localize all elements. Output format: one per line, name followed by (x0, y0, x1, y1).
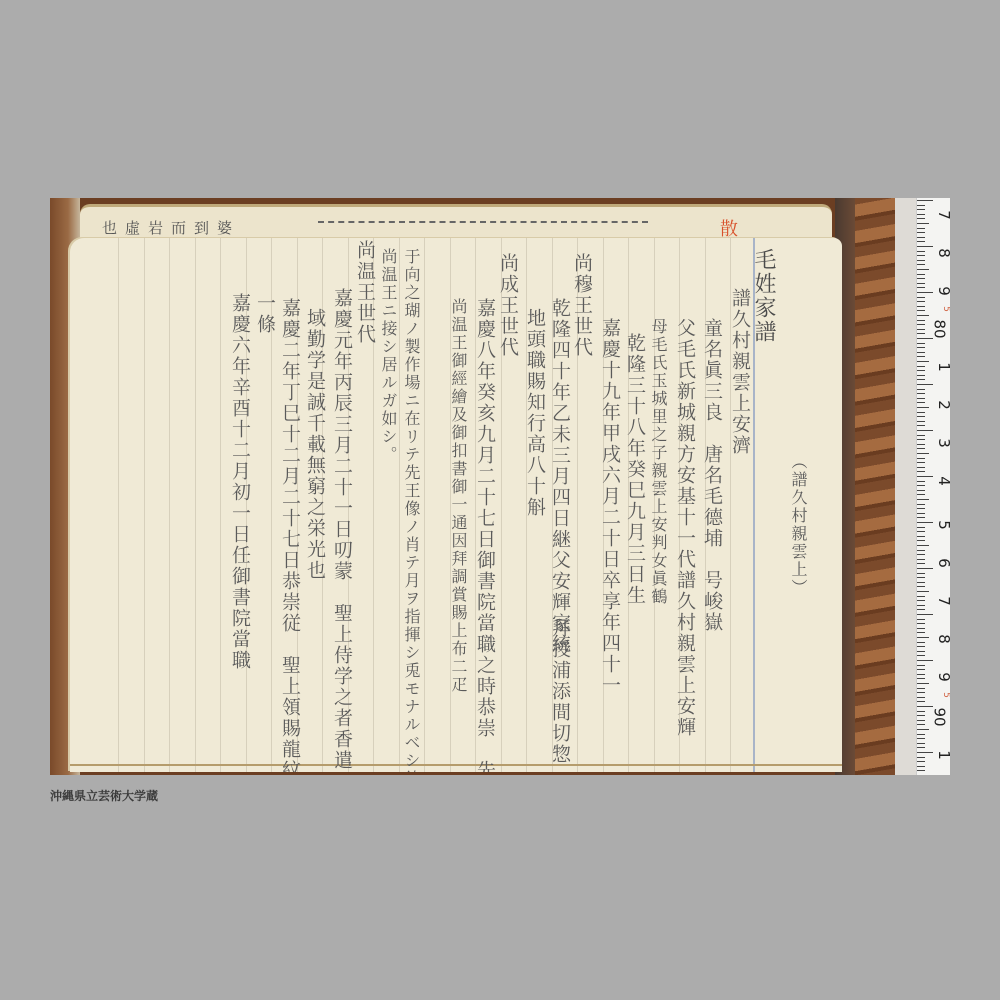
ruler-tick (917, 255, 925, 256)
manuscript-column: 拜授浦添間切惣 (550, 618, 569, 765)
ruler-tick (917, 513, 925, 514)
ruler-tick (917, 251, 925, 252)
ruler-tick (917, 770, 925, 771)
page-bottom-line (70, 764, 842, 766)
manuscript-column: 尚穆王世代 (572, 253, 591, 358)
ruler-tick (917, 310, 925, 311)
ruler-tick (917, 729, 929, 730)
ruler-tick (917, 761, 925, 762)
ruler-tick (917, 333, 925, 334)
ruler-tick (917, 646, 925, 647)
back-page-dashes (318, 221, 648, 223)
ruler-tick (917, 218, 925, 219)
ruler-tick (917, 591, 929, 592)
ruler-tick (917, 228, 925, 229)
ruler-tick (917, 678, 925, 679)
ruler-tick (917, 522, 933, 523)
ruler-tick (917, 260, 925, 261)
ruler-tick (917, 766, 925, 767)
ruler-tick (917, 619, 925, 620)
ruler-tick (917, 582, 925, 583)
ruled-line (144, 238, 145, 772)
ruler-label: 5 (935, 520, 950, 530)
manuscript-column: 嘉慶六年辛酉十二月初一日任御書院當職 (230, 293, 249, 671)
ruler-tick (917, 490, 925, 491)
ruler-label: 4 (935, 476, 950, 486)
ruler-tick (917, 287, 925, 288)
ruler-tick (917, 370, 925, 371)
ruler-tick (917, 568, 933, 569)
ruler-tick (917, 444, 925, 445)
ruler-tick (917, 688, 925, 689)
ruler-tick (917, 632, 925, 633)
ruler-tick (917, 738, 925, 739)
manuscript-column: 尚温王世代 (355, 240, 374, 345)
ruler-label: 7 (935, 596, 950, 606)
ruler-tick (917, 462, 925, 463)
ruler-tick (917, 531, 925, 532)
ruler-tick (917, 453, 929, 454)
manuscript-column: 嘉慶十九年甲戌六月二十日卒享年四十一 (600, 318, 619, 696)
ruler-tick (917, 232, 925, 233)
ruler-tick (917, 504, 925, 505)
ruler-label: 80 (930, 319, 948, 338)
ruler-tick (917, 292, 933, 293)
ruler-tick (917, 306, 925, 307)
ruler-label: 5 (941, 306, 950, 312)
manuscript-photo: 也虛岩而到婆 散 7895801234567895901 毛姓家譜 譜久村親雲上… (50, 198, 950, 775)
manuscript-column: 乾隆三十八年癸巳九月三日生 (625, 333, 644, 606)
ruler-label: 8 (935, 634, 950, 644)
ruler-tick (917, 214, 925, 215)
ruler-tick (917, 628, 925, 629)
ruler-tick (917, 651, 925, 652)
ruler-tick (917, 715, 925, 716)
ruler-tick (917, 637, 929, 638)
ruler-tick (917, 347, 925, 348)
ruler-tick (917, 545, 929, 546)
ruler-tick (917, 241, 925, 242)
manuscript-column: 尚温王ニ接シ居ルガ如シ。 (380, 248, 396, 464)
ruler-tick (917, 237, 925, 238)
ruler-tick (917, 609, 925, 610)
document-title: 毛姓家譜 (752, 248, 774, 344)
ruler-tick (917, 416, 925, 417)
ruler-tick (917, 343, 925, 344)
ruler-tick (917, 320, 925, 321)
manuscript-column: 父毛氏新城親方安基十一代譜久村親雲上安輝 (675, 318, 694, 738)
ruler-tick (917, 540, 925, 541)
ruler-tick (917, 665, 925, 666)
ruled-line (399, 238, 400, 772)
measuring-ruler: 7895801234567895901 (916, 198, 950, 775)
ruled-line (220, 238, 221, 772)
ruler-label: 9 (935, 672, 950, 682)
manuscript-column: 嘉慶二年丁巳十二月二十七日恭崇従 聖上領賜龍紋緞大帯 (280, 298, 299, 772)
ruler-tick (917, 655, 925, 656)
manuscript-column: 尚温王御經繪及御扣書御一通因拜調賞賜上布二疋 (450, 298, 466, 694)
ruler-tick (917, 467, 925, 468)
ruler-tick (917, 623, 925, 624)
ruled-line (118, 238, 119, 772)
ruler-tick (917, 596, 925, 597)
ruler-tick (917, 407, 929, 408)
ruler-tick (917, 384, 933, 385)
book-binding-leather (835, 198, 895, 775)
manuscript-column: （譜久村親雲上） (790, 453, 806, 597)
ruler-tick (917, 389, 925, 390)
ruler-tick (917, 448, 925, 449)
manuscript-column: 母毛氏玉城里之子親雲上安判女眞鶴 (650, 318, 666, 606)
ruler-label: 1 (935, 362, 950, 372)
ruler-label: 5 (941, 692, 950, 698)
ruler-tick (917, 527, 925, 528)
ruler-tick (917, 329, 925, 330)
ruler-tick (917, 683, 929, 684)
ruler-tick (917, 586, 925, 587)
ruler-tick (917, 246, 933, 247)
ruler-tick (917, 264, 925, 265)
manuscript-column: 尚成王世代 (498, 253, 517, 358)
ruler-tick (917, 421, 925, 422)
ruler-tick (917, 435, 925, 436)
ruler-tick (917, 605, 925, 606)
ruler-tick (917, 315, 929, 316)
ruler-tick (917, 536, 925, 537)
ruler-tick (917, 301, 925, 302)
back-page-text: 也虛岩而到婆 (102, 217, 240, 238)
ruler-tick (917, 494, 925, 495)
ruler-tick (917, 393, 925, 394)
ruler-tick (917, 324, 925, 325)
ruler-tick (917, 274, 925, 275)
ruler-tick (917, 356, 925, 357)
ruler-tick (917, 375, 925, 376)
ruler-label: 2 (935, 400, 950, 410)
ruler-tick (917, 669, 925, 670)
ruler-tick (917, 642, 925, 643)
ruler-tick (917, 573, 925, 574)
ruler-tick (917, 614, 933, 615)
ruler-tick (917, 701, 925, 702)
manuscript-page: 毛姓家譜 譜久村親雲上安濟（譜久村親雲上）童名眞三良 唐名毛德埔 号峻嶽父毛氏新… (70, 238, 842, 772)
ruler-tick (917, 499, 929, 500)
ruler-tick (917, 297, 925, 298)
ruler-label: 90 (930, 707, 948, 726)
ruler-tick (917, 366, 925, 367)
ruler-tick (917, 352, 925, 353)
ruled-line (195, 238, 196, 772)
manuscript-column: 乾隆四十年乙未三月四日継父安輝家統 (550, 298, 569, 655)
collection-caption: 沖縄県立芸術大学蔵 (50, 787, 158, 804)
ruler-tick (917, 559, 925, 560)
ruler-tick (917, 278, 925, 279)
manuscript-column: 嘉慶元年丙辰三月二十一日叨蒙 聖上侍学之者香遣 (332, 288, 351, 771)
ruler-label: 6 (935, 558, 950, 568)
ruler-tick (917, 697, 925, 698)
ruler-tick (917, 269, 929, 270)
ruler-tick (917, 563, 925, 564)
ruler-tick (917, 402, 925, 403)
ruler-label: 9 (935, 286, 950, 296)
ruler-label: 3 (935, 438, 950, 448)
ruler-tick (917, 476, 933, 477)
ruler-tick (917, 205, 925, 206)
ruler-tick (917, 439, 925, 440)
ruler-tick (917, 660, 933, 661)
ruler-tick (917, 425, 925, 426)
image-viewer: 也虛岩而到婆 散 7895801234567895901 毛姓家譜 譜久村親雲上… (0, 0, 1000, 1000)
manuscript-column: 童名眞三良 唐名毛德埔 号峻嶽 (702, 318, 721, 633)
ruler-tick (917, 554, 925, 555)
ruler-tick (917, 458, 925, 459)
manuscript-column: 地頭職賜知行高八十斛 (525, 308, 544, 518)
ruler-tick (917, 600, 925, 601)
ruler-tick (917, 752, 933, 753)
ruler-tick (917, 550, 925, 551)
ruler-tick (917, 743, 925, 744)
ruler-tick (917, 720, 925, 721)
manuscript-column: 于向之瑚ノ製作場ニ在リテ先王像ノ肖テ月ヲ指揮シ兎モナルベシ彼リ甚ダ (403, 248, 419, 772)
manuscript-column: 一條 (255, 293, 274, 335)
ruler-tick (917, 283, 925, 284)
ruler-tick (917, 481, 925, 482)
manuscript-column: 域勤学是誠千載無窮之栄光也 (305, 308, 324, 581)
ruler-tick (917, 517, 925, 518)
ruled-line (169, 238, 170, 772)
ruler-tick (917, 471, 925, 472)
ruler-tick (917, 398, 925, 399)
ruler-tick (917, 577, 925, 578)
manuscript-column: 譜久村親雲上安濟 (730, 288, 749, 456)
ruler-tick (917, 747, 925, 748)
ruler-tick (917, 692, 925, 693)
ruler-label: 7 (935, 210, 950, 220)
ruler-tick (917, 209, 925, 210)
ruler-tick (917, 485, 925, 486)
ruler-tick (917, 508, 925, 509)
ruler-label: 8 (935, 248, 950, 258)
ruled-line (424, 238, 425, 772)
ruler-tick (917, 379, 925, 380)
ruler-label: 1 (935, 750, 950, 760)
ruler-tick (917, 430, 933, 431)
ruler-tick (917, 757, 925, 758)
ruler-tick (917, 200, 933, 201)
ruler-tick (917, 724, 925, 725)
ruler-tick (917, 412, 925, 413)
ruler-tick (917, 674, 925, 675)
ruler-tick (917, 361, 929, 362)
manuscript-column: 嘉慶八年癸亥九月二十七日御書院當職之時恭崇 先王 (475, 298, 494, 772)
ruler-tick (917, 223, 929, 224)
ruler-tick (917, 711, 925, 712)
ruler-tick (917, 734, 925, 735)
